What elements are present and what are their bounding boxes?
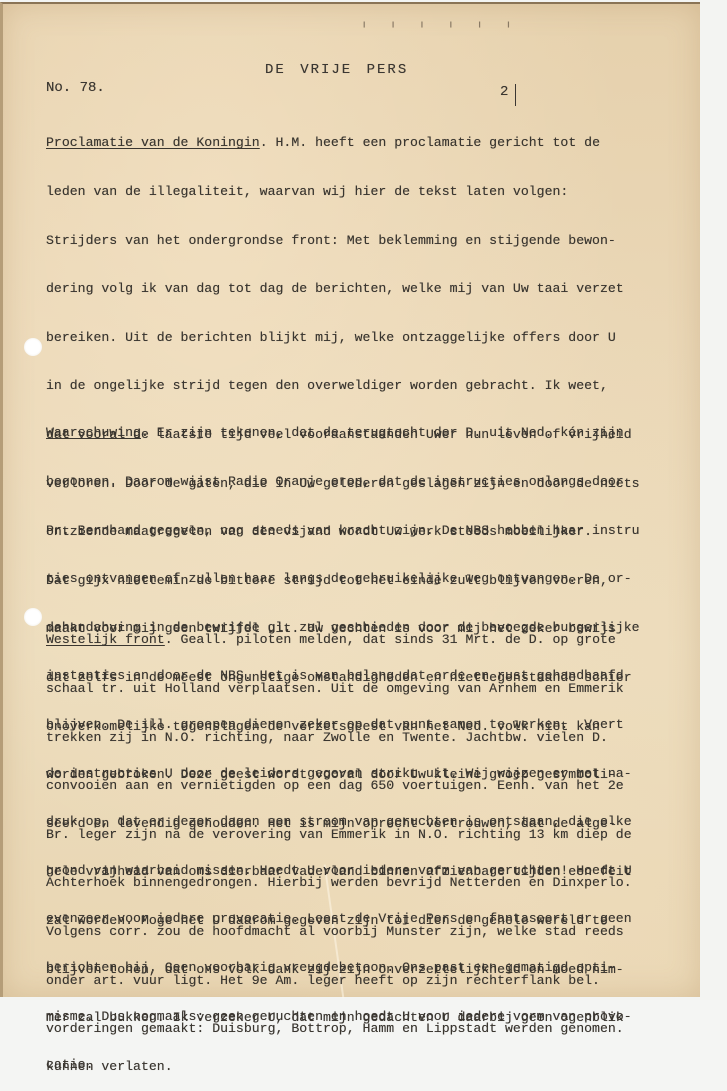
text-line: ties ontvangen of zullen haar langs de g… (46, 571, 711, 587)
masthead-title: DE VRIJE PERS (265, 62, 408, 78)
section-westelijk-front: Westelijk front. Geall. piloten melden, … (46, 600, 711, 1000)
section-heading: Waarschuwing (46, 425, 141, 440)
punch-hole-upper (24, 338, 42, 356)
text-line: leden van de illegaliteit, waarvan wij h… (46, 184, 711, 200)
text-line: Pr. Bernhard gegeven, nog steeds van kra… (46, 523, 711, 539)
text-line: onder art. vuur ligt. Het 9e Am. leger h… (46, 973, 711, 989)
text-line: Waarschuwing. Er zijn tekenen, dat de te… (46, 425, 711, 441)
text-line: bereiken. Uit de berichten blijkt mij, w… (46, 330, 711, 346)
section-heading: Proclamatie van de Koningin (46, 135, 260, 150)
text-line: Achterhoek binnengedrongen. Hierbij werd… (46, 875, 711, 891)
text-line: Proclamatie van de Koningin. H.M. heeft … (46, 135, 711, 151)
section-heading: Westelijk front (46, 632, 165, 647)
text-line: begonnen. Daarom wijst Radio Oranje erop… (46, 474, 711, 490)
page-number: 2 (500, 84, 508, 100)
text-line: schaal tr. uit Holland verplaatsen. Uit … (46, 681, 711, 697)
issue-number: No. 78. (46, 80, 105, 96)
text-line: Br. leger zijn na de verovering van Emme… (46, 827, 711, 843)
text-line: Strijders van het ondergrondse front: Me… (46, 233, 711, 249)
text-line: dering volg ik van dag tot dag de berich… (46, 281, 711, 297)
top-stamp-marks: ' ' ' ' ' ' (360, 19, 530, 67)
text-line: Westelijk front. Geall. piloten melden, … (46, 632, 711, 648)
punch-hole-lower (24, 608, 42, 626)
text-line: convooien aan en vernietigden op een dag… (46, 778, 711, 794)
text-line: Volgens corr. zou de hoofdmacht al voorb… (46, 924, 711, 940)
text-line: trekken zij in N.O. richting, naar Zwoll… (46, 730, 711, 746)
